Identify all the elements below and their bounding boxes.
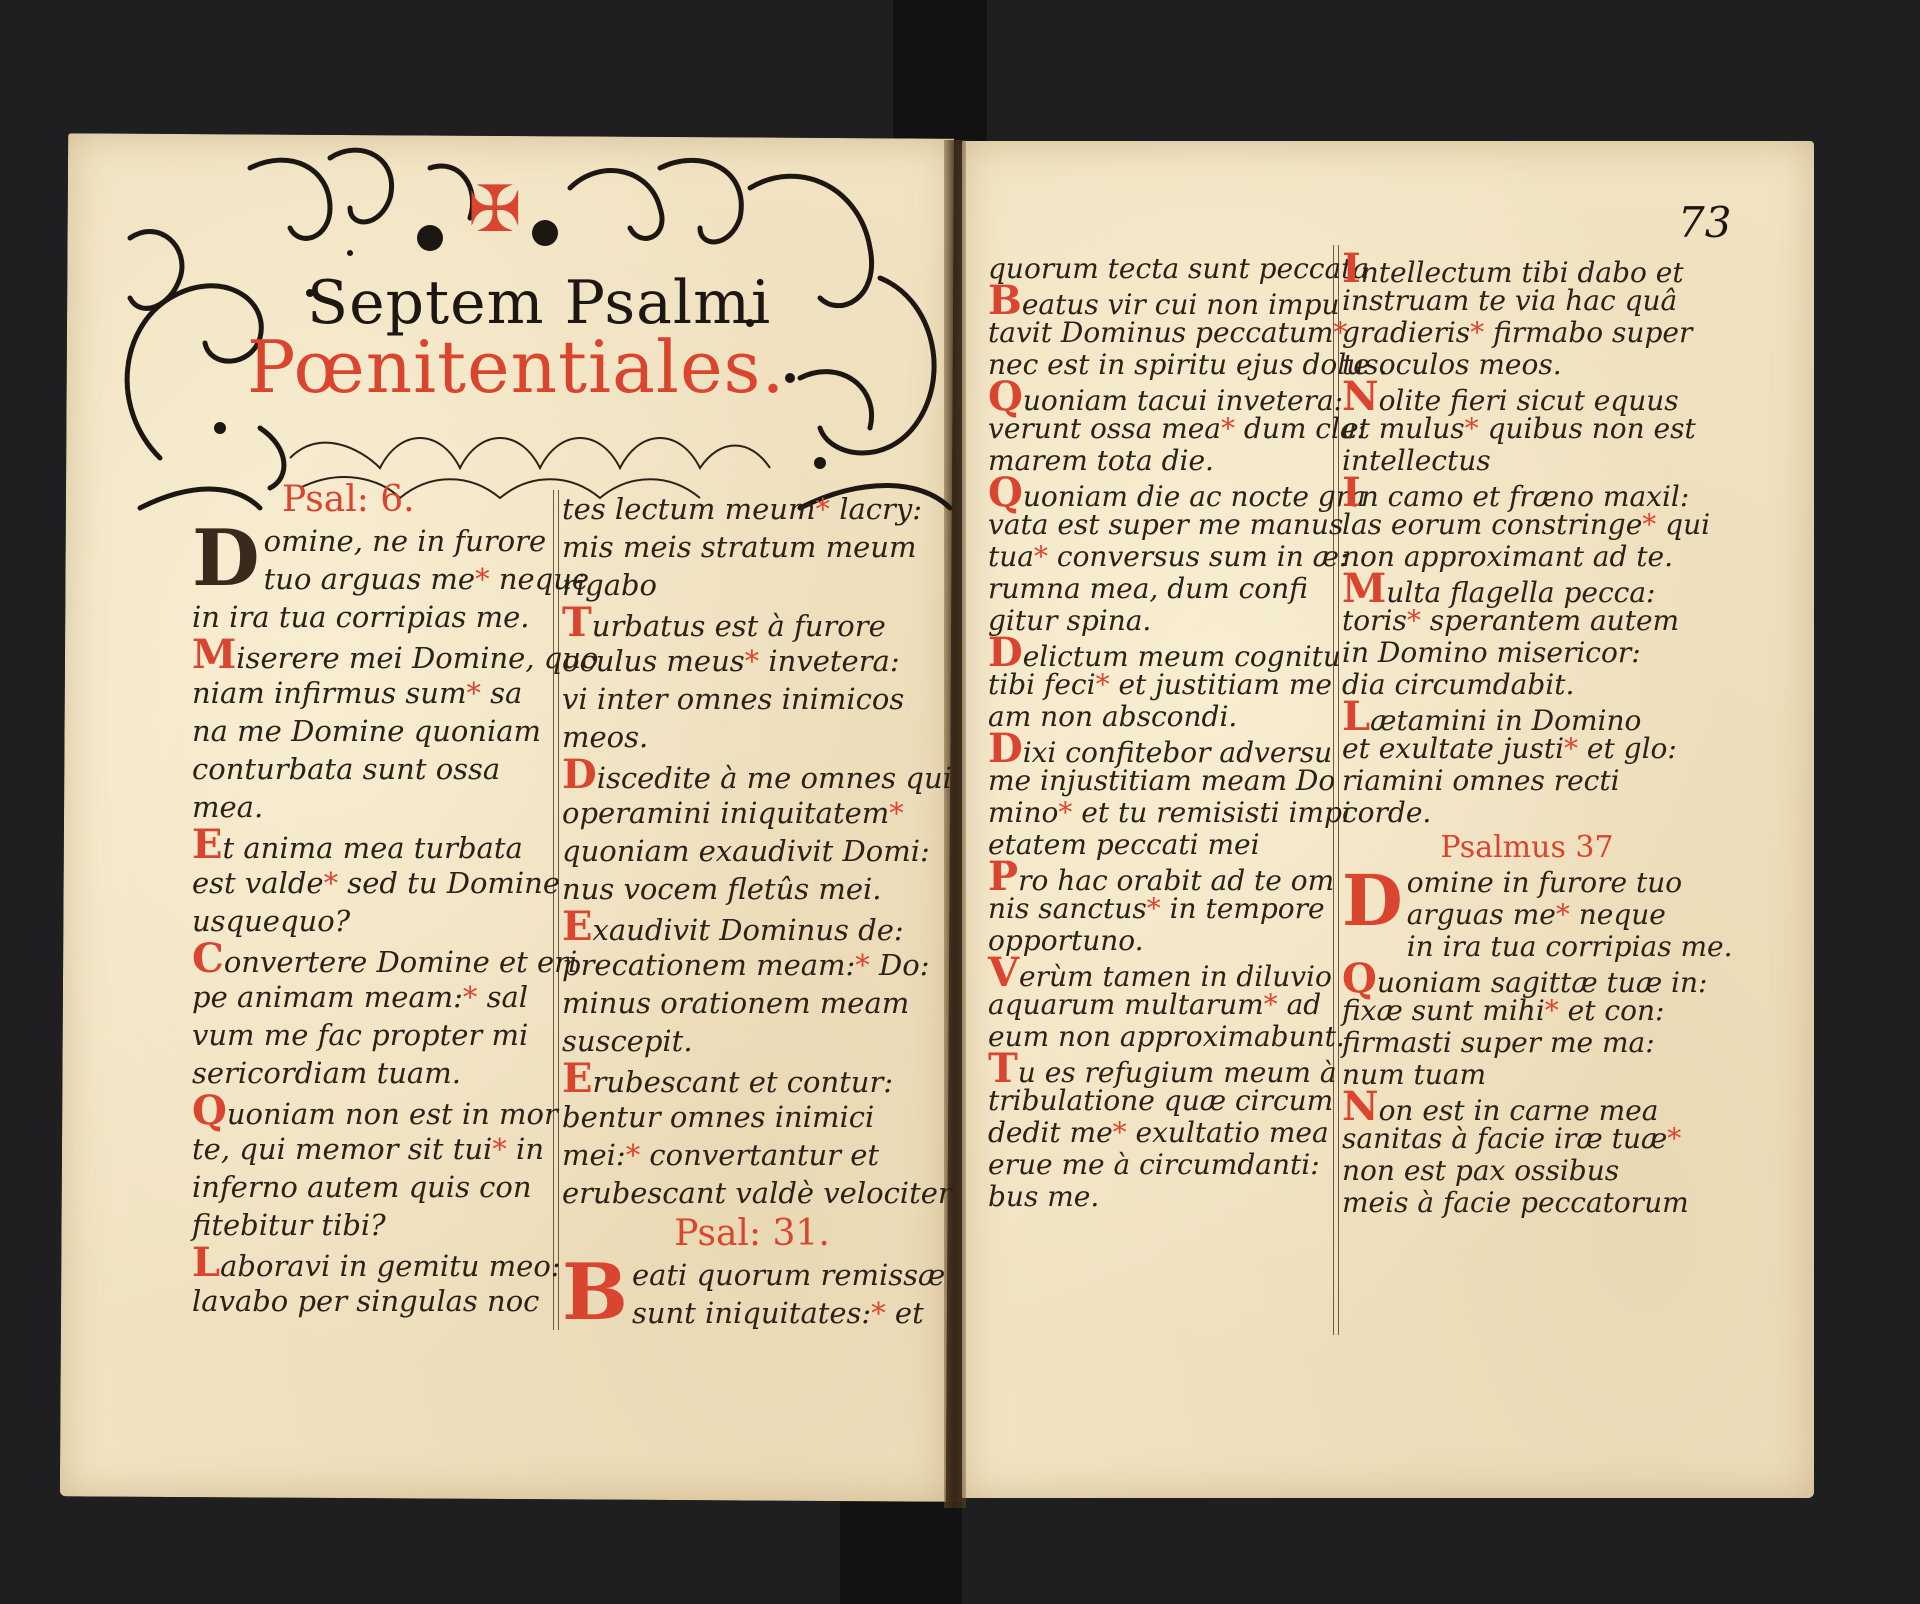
- left-column-1: Psal: 6. Domine, ne in furore tuo arguas…: [192, 478, 552, 1320]
- verse-line: minus orationem meam: [562, 984, 942, 1022]
- verse-line: te oculos meos.: [1342, 349, 1712, 381]
- versicle-asterisk-icon: *: [1113, 1116, 1127, 1149]
- verse-line: na me Domine quoniam: [192, 712, 552, 750]
- verse-line: Quoniam die ac nocte gra: [988, 477, 1333, 509]
- verse-line: meos.: [562, 718, 942, 756]
- verse-line: dia circumdabit.: [1342, 669, 1712, 701]
- verse-line: conturbata sunt ossa: [192, 750, 552, 788]
- verse-line: Et anima mea turbata: [192, 826, 552, 864]
- versicle-asterisk-icon: *: [889, 796, 904, 830]
- verse-line: Beati quorum remissæ: [562, 1256, 942, 1294]
- versicle-asterisk-icon: *: [1096, 668, 1110, 701]
- verse-line: marem tota die.: [988, 445, 1333, 477]
- verse-line: am non abscondi.: [988, 701, 1333, 733]
- verse-line: gradieris* firmabo super: [1342, 317, 1712, 349]
- verse-line: sericordiam tuam.: [192, 1054, 552, 1092]
- verse-line: vum me fac propter mi: [192, 1016, 552, 1054]
- verse-line: Laboravi in gemitu meo:: [192, 1244, 552, 1282]
- verse-line: Intellectum tibi dabo et: [1342, 253, 1712, 285]
- verse-line: vata est super me manus: [988, 509, 1333, 541]
- verse-line: rumna mea, dum confi: [988, 573, 1333, 605]
- verse-line: In camo et fræno maxil:: [1342, 477, 1712, 509]
- verse-line: intellectus: [1342, 445, 1712, 477]
- versicle-asterisk-icon: *: [324, 866, 339, 900]
- versicle-asterisk-icon: *: [871, 1296, 886, 1330]
- verse-line: Miserere mei Domine, quo: [192, 636, 552, 674]
- verse-line: erubescant valdè velociter: [562, 1174, 942, 1212]
- binding-strip-bottom: [840, 1502, 962, 1604]
- versicle-asterisk-icon: *: [463, 980, 478, 1014]
- verse-line: usquequo?: [192, 902, 552, 940]
- verse-line: non est pax ossibus: [1342, 1155, 1712, 1187]
- verse-line: tes lectum meum* lacry:: [562, 490, 942, 528]
- verse-line: Convertere Domine et eri: [192, 940, 552, 978]
- verse-line: vi inter omnes inimicos: [562, 680, 942, 718]
- verse-line: Tu es refugium meum à: [988, 1053, 1333, 1085]
- verse-line: tribulatione quæ circum: [988, 1085, 1333, 1117]
- versicle-asterisk-icon: *: [1465, 412, 1479, 445]
- verse-line: sanitas à facie iræ tuæ*: [1342, 1123, 1712, 1155]
- verse-line: etatem peccati mei: [988, 829, 1333, 861]
- verse-line: rigabo: [562, 566, 942, 604]
- red-cross-icon: ✠: [468, 178, 522, 242]
- verse-line: bentur omnes inimici: [562, 1098, 942, 1136]
- verse-line: eum non approximabunt.: [988, 1021, 1333, 1053]
- verse-line: erue me à circumdanti:: [988, 1149, 1333, 1181]
- verse-line: niam infirmus sum* sa: [192, 674, 552, 712]
- verse-line: Pro hac orabit ad te om: [988, 861, 1333, 893]
- verse-line: Turbatus est à furore: [562, 604, 942, 642]
- verse-line: Delictum meum cognitu: [988, 637, 1333, 669]
- left-column-2: tes lectum meum* lacry: mis meis stratum…: [562, 490, 942, 1332]
- verse-line: bus me.: [988, 1181, 1333, 1213]
- verse-line: firmasti super me ma:: [1342, 1027, 1712, 1059]
- verse-line: quorum tecta sunt peccata: [988, 253, 1333, 285]
- verse-line: tavit Dominus peccatum*: [988, 317, 1333, 349]
- verse-line: verunt ossa mea* dum cla:: [988, 413, 1333, 445]
- verse-line: inferno autem quis con: [192, 1168, 552, 1206]
- verse-line: in Domino misericor:: [1342, 637, 1712, 669]
- verse-line: pe animam meam:* sal: [192, 978, 552, 1016]
- verse-line: corde.: [1342, 797, 1712, 829]
- verse-line: Discedite à me omnes qui: [562, 756, 942, 794]
- verse-line: tibi feci* et justitiam me: [988, 669, 1333, 701]
- binding-strip-top: [893, 0, 987, 145]
- versicle-asterisk-icon: *: [1264, 988, 1278, 1021]
- verse-line: operamini iniquitatem*: [562, 794, 942, 832]
- verse-line: Domine, ne in furore: [192, 522, 552, 560]
- verse-line: Multa flagella pecca:: [1342, 573, 1712, 605]
- left-page-column-rule: [553, 490, 559, 1330]
- versicle-asterisk-icon: *: [1034, 540, 1048, 573]
- verse-line: nis sanctus* in tempore: [988, 893, 1333, 925]
- versicle-asterisk-icon: *: [492, 1132, 507, 1166]
- verse-line: Nolite fieri sicut equus: [1342, 381, 1712, 413]
- verse-line: te, qui memor sit tui* in: [192, 1130, 552, 1168]
- versicle-asterisk-icon: *: [1221, 412, 1235, 445]
- verse-line: lavabo per singulas noc: [192, 1282, 552, 1320]
- right-column-1: quorum tecta sunt peccata Beatus vir cui…: [988, 253, 1333, 1213]
- verse-line: Non est in carne mea: [1342, 1091, 1712, 1123]
- versicle-asterisk-icon: *: [745, 644, 760, 678]
- verse-line: toris* sperantem autem: [1342, 605, 1712, 637]
- versicle-asterisk-icon: *: [1556, 898, 1570, 931]
- versicle-asterisk-icon: *: [815, 492, 830, 526]
- versicle-asterisk-icon: *: [475, 562, 490, 596]
- verse-line: meis à facie peccatorum: [1342, 1187, 1712, 1219]
- versicle-asterisk-icon: *: [1642, 508, 1656, 541]
- verse-line: nus vocem fletûs mei.: [562, 870, 942, 908]
- verse-line: Quoniam sagittæ tuæ in:: [1342, 963, 1712, 995]
- versicle-asterisk-icon: *: [1470, 316, 1484, 349]
- right-column-2: Intellectum tibi dabo et instruam te via…: [1342, 253, 1712, 1219]
- verse-line: Beatus vir cui non impu: [988, 285, 1333, 317]
- verse-line: in ira tua corripias me.: [192, 598, 552, 636]
- verse-line: precationem meam:* Do:: [562, 946, 942, 984]
- verse-line: fixæ sunt mihi* et con:: [1342, 995, 1712, 1027]
- verse-line: mei:* convertantur et: [562, 1136, 942, 1174]
- verse-line: gitur spina.: [988, 605, 1333, 637]
- verse-line: fitebitur tibi?: [192, 1206, 552, 1244]
- verse-line: mino* et tu remisisti impi: [988, 797, 1333, 829]
- verse-line: et mulus* quibus non est: [1342, 413, 1712, 445]
- verse-line: mis meis stratum meum: [562, 528, 942, 566]
- verse-line: Quoniam non est in mor: [192, 1092, 552, 1130]
- verse-line: riamini omnes recti: [1342, 765, 1712, 797]
- verse-line: dedit me* exultatio mea: [988, 1117, 1333, 1149]
- verse-line: opportuno.: [988, 925, 1333, 957]
- verse-line: quoniam exaudivit Domi:: [562, 832, 942, 870]
- versicle-asterisk-icon: *: [1058, 796, 1072, 829]
- folio-number: 73: [1678, 198, 1731, 247]
- verse-line: oculus meus* invetera:: [562, 642, 942, 680]
- versicle-asterisk-icon: *: [626, 1138, 641, 1172]
- verse-line: Erubescant et contur:: [562, 1060, 942, 1098]
- verse-line: est valde* sed tu Domine: [192, 864, 552, 902]
- versicle-asterisk-icon: *: [466, 676, 481, 710]
- versicle-asterisk-icon: *: [1545, 994, 1559, 1027]
- verse-line: aquarum multarum* ad: [988, 989, 1333, 1021]
- versicle-asterisk-icon: *: [1407, 604, 1421, 637]
- verse-line: Quoniam tacui invetera:: [988, 381, 1333, 413]
- versicle-asterisk-icon: *: [855, 948, 870, 982]
- versicle-asterisk-icon: *: [1147, 892, 1161, 925]
- verse-line: et exultate justi* et glo:: [1342, 733, 1712, 765]
- verse-line: Exaudivit Dominus de:: [562, 908, 942, 946]
- verse-line: non approximant ad te.: [1342, 541, 1712, 573]
- verse-line: Domine in furore tuo: [1342, 867, 1712, 899]
- verse-line: Verùm tamen in diluvio: [988, 957, 1333, 989]
- verse-line: las eorum constringe* qui: [1342, 509, 1712, 541]
- verse-line: tua* conversus sum in æ:: [988, 541, 1333, 573]
- verse-line: me injustitiam meam Do: [988, 765, 1333, 797]
- verse-line: mea.: [192, 788, 552, 826]
- versicle-asterisk-icon: *: [1564, 732, 1578, 765]
- verse-line: nec est in spiritu ejus dolus.: [988, 349, 1333, 381]
- verse-line: Dixi confitebor adversu: [988, 733, 1333, 765]
- verse-line: Lætamini in Domino: [1342, 701, 1712, 733]
- verse-line: num tuam: [1342, 1059, 1712, 1091]
- verse-line: suscepit.: [562, 1022, 942, 1060]
- verse-line: instruam te via hac quâ: [1342, 285, 1712, 317]
- versicle-asterisk-icon: *: [1667, 1122, 1681, 1155]
- title-line-2: Pœnitentiales.: [247, 325, 785, 409]
